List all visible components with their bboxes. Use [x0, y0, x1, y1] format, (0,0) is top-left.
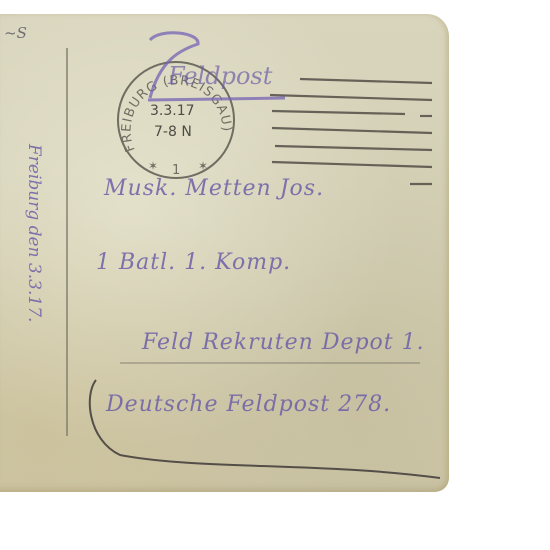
cancellation-bars [270, 79, 432, 184]
address-line-unit: 1 Batl. 1. Komp. [96, 250, 291, 275]
address-line-feldpost: Deutsche Feldpost 278. [106, 392, 391, 417]
postcard-markings: FREIBURG (BREISGAU) ✶ 1 ✶ [0, 0, 550, 550]
feldpost-annotation: Feldpost [168, 62, 272, 90]
svg-text:✶: ✶ [198, 159, 208, 173]
svg-text:✶: ✶ [148, 159, 158, 173]
address-line-recipient: Musk. Metten Jos. [104, 176, 324, 201]
address-line-depot: Feld Rekruten Depot 1. [142, 330, 425, 355]
sender-location-date: Freiburg den 3.3.17. [24, 144, 44, 322]
postmark-time: 7-8 N [154, 124, 192, 140]
corner-mark: ~S [4, 24, 27, 42]
postmark-date: 3.3.17 [150, 103, 195, 119]
